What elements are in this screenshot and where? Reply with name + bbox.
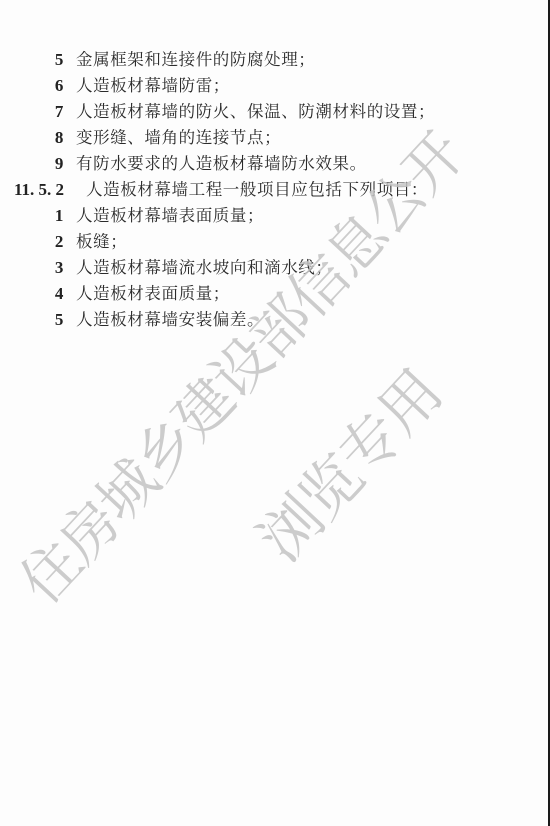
item-number: 4 [0,282,64,306]
watermark-text-preview-only: 浏览专用 [237,349,458,577]
item-text: 变形缝、墙角的连接节点； [76,126,281,150]
item-text: 人造板材幕墙的防火、保温、防潮材料的设置； [76,100,435,124]
item-number: 9 [0,152,64,176]
document-page: 5 金属框架和连接件的防腐处理； 6 人造板材幕墙防雷； 7 人造板材幕墙的防火… [0,0,548,826]
clause-text: 人造板材幕墙工程一般项目应包括下列项目： [86,178,428,202]
item-number: 5 [0,48,64,72]
item-number: 2 [0,230,64,254]
item-number: 5 [0,308,64,332]
clause-number: 11. 5. 2 [14,178,94,202]
item-text: 金属框架和连接件的防腐处理； [76,48,315,72]
item-text: 人造板材幕墙流水坡向和滴水线； [76,256,333,280]
item-number: 7 [0,100,64,124]
item-text: 人造板材表面质量； [76,282,230,306]
item-text: 人造板材幕墙防雷； [76,74,230,98]
item-number: 8 [0,126,64,150]
item-number: 3 [0,256,64,280]
item-text: 人造板材幕墙表面质量； [76,204,264,228]
item-text: 板缝； [76,230,127,254]
item-text: 人造板材幕墙安装偏差。 [76,308,264,332]
item-text: 有防水要求的人造板材幕墙防水效果。 [76,152,367,176]
item-number: 1 [0,204,64,228]
item-number: 6 [0,74,64,98]
